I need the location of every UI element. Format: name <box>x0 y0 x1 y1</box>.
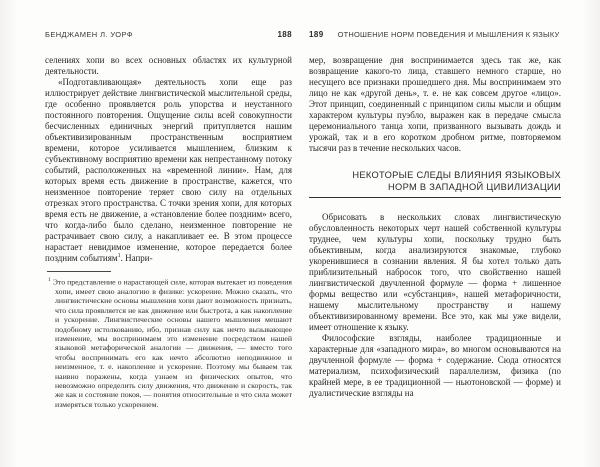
footnote-text: Это представление о нарастающей силе, ко… <box>53 278 292 409</box>
author-name: БЕНДЖАМЕН Л. УОРФ <box>45 30 133 39</box>
section-heading-rule <box>309 197 561 198</box>
left-paragraph-2-tail: . Напри- <box>121 253 153 263</box>
left-body-paragraph-1: селениях хопи во всех основных областях … <box>45 55 292 77</box>
left-page: БЕНДЖАМЕН Л. УОРФ 188 селениях хопи во в… <box>45 30 292 409</box>
right-running-header: 189 ОТНОШЕНИЕ НОРМ ПОВЕДЕНИЯ И МЫШЛЕНИЯ … <box>309 30 561 39</box>
page-number-right: 189 <box>309 30 324 39</box>
footnote-marker: 1 <box>48 277 51 283</box>
right-page-body: мер, возвращение дня воспринимается здес… <box>309 55 561 399</box>
footnote-separator <box>47 271 111 272</box>
right-body-paragraph-3: Философские взгляды, наиболее традиционн… <box>309 333 561 399</box>
footnote: 1Это представление о нарастающей силе, к… <box>45 276 292 409</box>
right-body-paragraph-1: мер, возвращение дня воспринимается здес… <box>309 55 561 154</box>
book-spread: БЕНДЖАМЕН Л. УОРФ 188 селениях хопи во в… <box>0 0 600 467</box>
chapter-title: ОТНОШЕНИЕ НОРМ ПОВЕДЕНИЯ И МЫШЛЕНИЯ К ЯЗ… <box>338 30 560 39</box>
left-page-body: селениях хопи во всех основных областях … <box>45 55 292 264</box>
right-page: 189 ОТНОШЕНИЕ НОРМ ПОВЕДЕНИЯ И МЫШЛЕНИЯ … <box>309 30 561 399</box>
left-body-paragraph-2: «Подготавливающая» деятельность хопи еще… <box>45 77 292 264</box>
section-heading: НЕКОТОРЫЕ СЛЕДЫ ВЛИЯНИЯ ЯЗЫКОВЫХ НОРМ В … <box>309 170 561 193</box>
left-paragraph-2-text: «Подготавливающая» деятельность хопи еще… <box>45 77 292 263</box>
section-heading-line-1: НЕКОТОРЫЕ СЛЕДЫ ВЛИЯНИЯ ЯЗЫКОВЫХ <box>309 170 561 182</box>
left-running-header: БЕНДЖАМЕН Л. УОРФ 188 <box>45 30 292 39</box>
page-number-left: 188 <box>277 30 292 39</box>
section-heading-line-2: НОРМ В ЗАПАДНОЙ ЦИВИЛИЗАЦИИ <box>309 182 561 194</box>
right-body-paragraph-2: Обрисовать в нескольких словах лингвисти… <box>309 212 561 333</box>
